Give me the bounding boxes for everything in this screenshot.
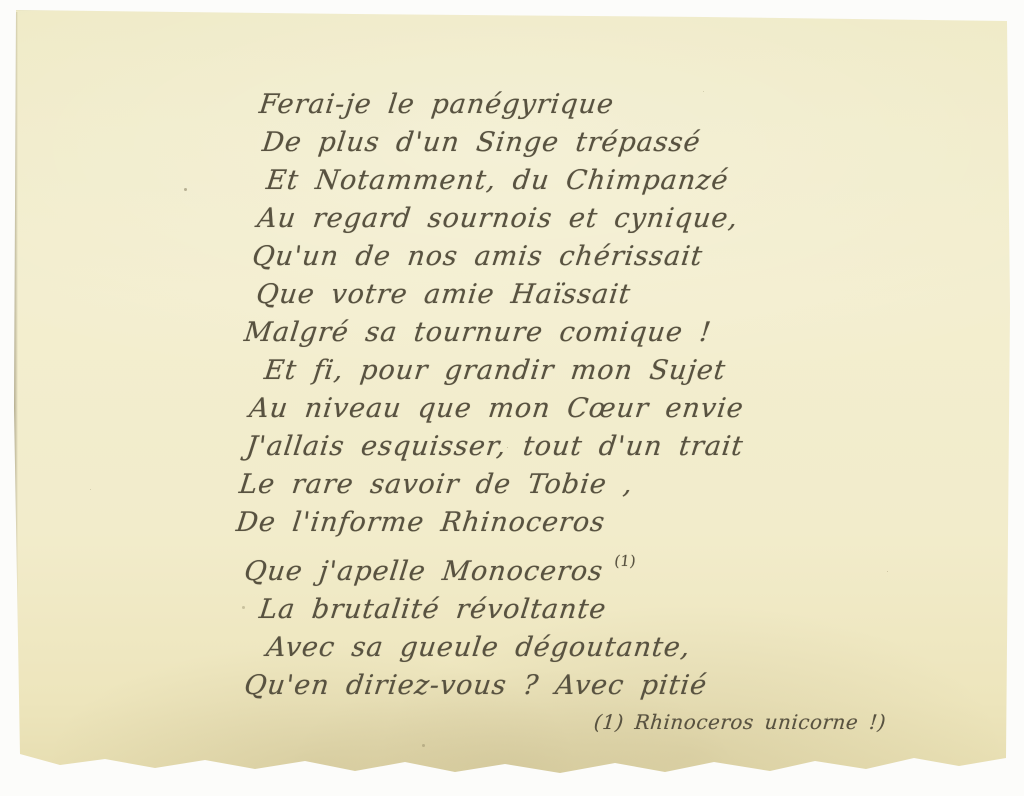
poem-line: Et Notamment, du Chimpanzé xyxy=(264,162,746,200)
poem-line: Et fi, pour grandir mon Sujet xyxy=(262,352,746,390)
poem-line: De plus d'un Singe trépassé xyxy=(260,124,746,162)
manuscript-paper: Ferai-je le panégyrique De plus d'un Sin… xyxy=(14,8,1010,778)
paper-left-edge xyxy=(14,12,18,754)
poem-line-text: Que j'apelle Monoceros xyxy=(242,556,605,587)
poem-line: Avec sa gueule dégoutante, xyxy=(264,629,746,667)
poem-line-with-footnote-marker: Que j'apelle Monoceros(1) xyxy=(242,542,747,591)
poem-line: Au regard sournois et cynique, xyxy=(255,200,746,238)
poem-line: Qu'un de nos amis chérissait xyxy=(250,238,746,276)
scanner-background: Ferai-je le panégyrique De plus d'un Sin… xyxy=(0,0,1024,796)
poem-line: Au niveau que mon Cœur envie xyxy=(247,390,746,428)
paper-top-edge xyxy=(14,8,1010,11)
poem-line: Le rare savoir de Tobie , xyxy=(237,466,746,504)
footnote: (1) Rhinoceros unicorne !) xyxy=(593,710,887,734)
poem-line: La brutalité révoltante xyxy=(257,591,746,629)
poem-line: Malgré sa tournure comique ! xyxy=(242,314,746,352)
poem-line: Ferai-je le panégyrique xyxy=(257,86,746,124)
poem-line: De l'informe Rhinoceros xyxy=(234,504,746,542)
footnote-marker: (1) xyxy=(613,552,636,570)
poem: Ferai-je le panégyrique De plus d'un Sin… xyxy=(219,86,741,705)
poem-line: Qu'en diriez-vous ? Avec pitié xyxy=(242,667,746,705)
poem-line: J'allais esquisser, tout d'un trait xyxy=(244,428,746,466)
poem-line: Que votre amie Haïssait xyxy=(254,276,746,314)
paper-speckles xyxy=(184,188,187,191)
